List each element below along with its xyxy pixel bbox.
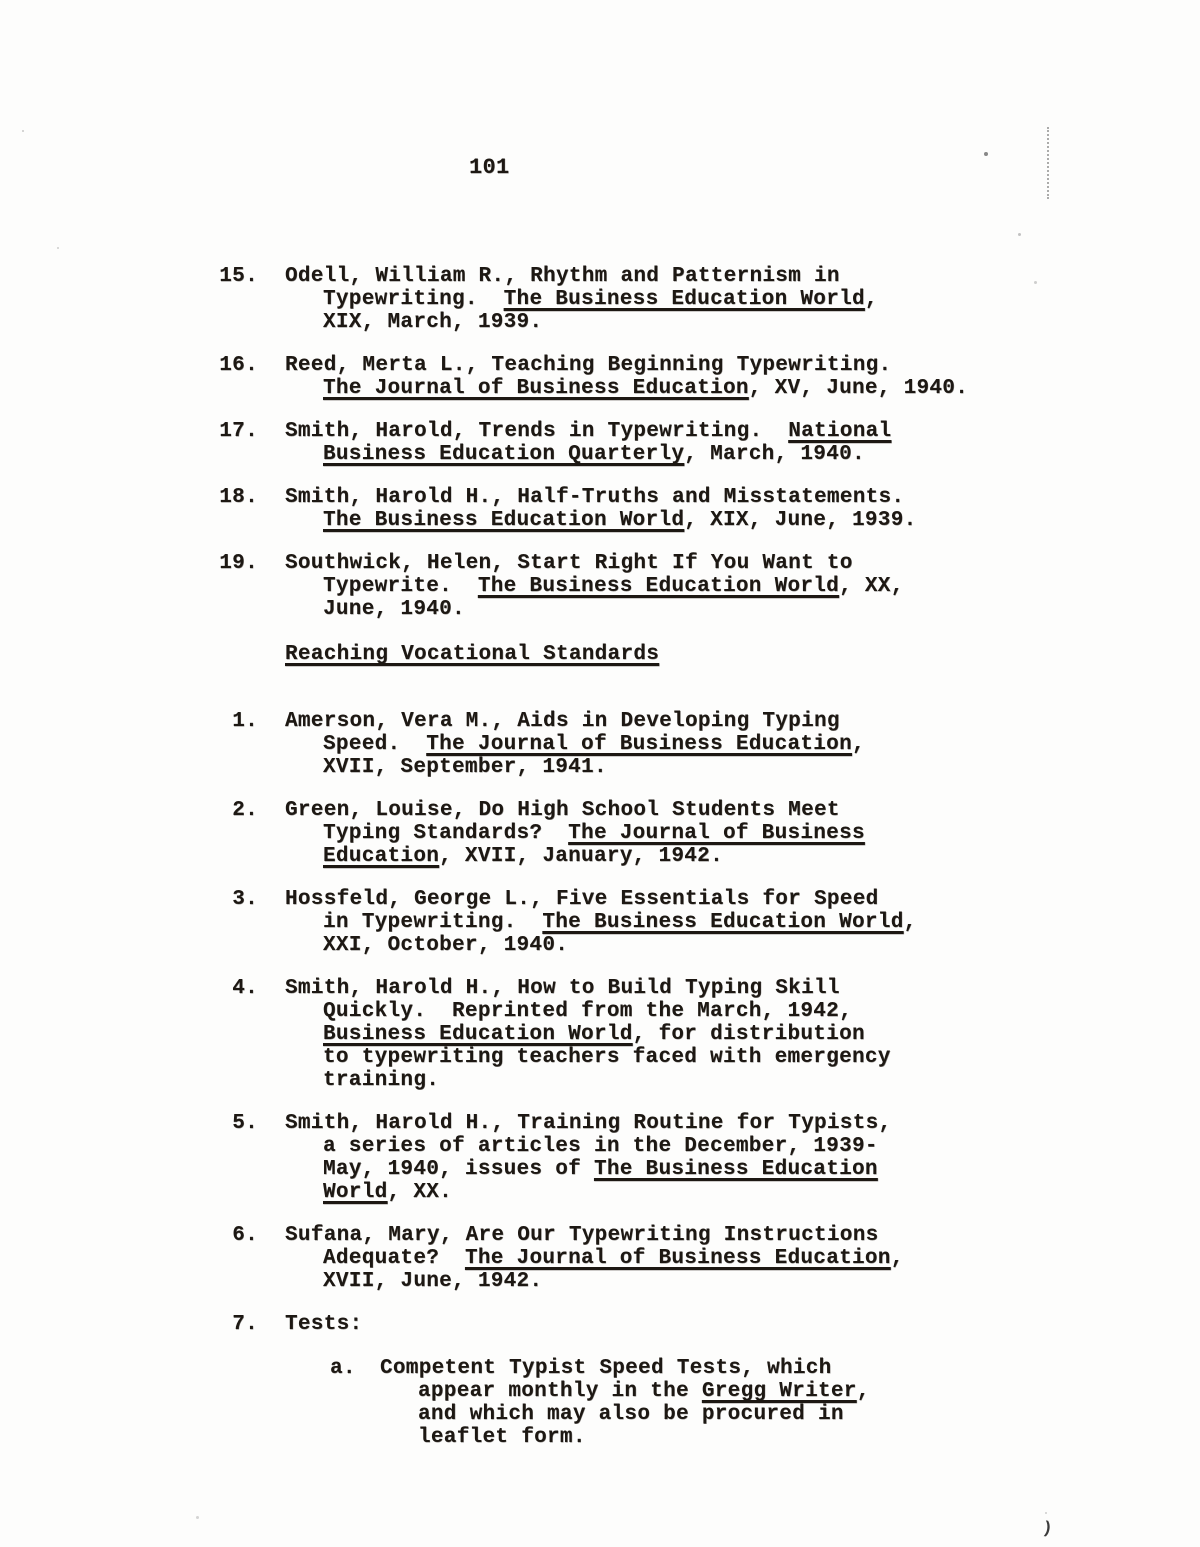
reference-line: Smith, Harold H., How to Build Typing Sk… <box>285 977 891 1000</box>
reference-line: Tests: <box>285 1313 870 1336</box>
reference-number: 2. <box>218 799 258 868</box>
reference-line: Competent Typist Speed Tests, which <box>380 1357 870 1380</box>
scan-artifact-dotted-line <box>1047 127 1049 199</box>
text-run: Sufana, Mary, Are Our Typewriting Instru… <box>285 1224 879 1247</box>
text-run: , XV, June, 1940. <box>749 377 968 400</box>
section-heading: Reaching Vocational Standards <box>285 643 1178 666</box>
reference-item: 17.Smith, Harold, Trends in Typewriting.… <box>218 420 1178 466</box>
reference-item: 1.Amerson, Vera M., Aids in Developing T… <box>218 710 1178 779</box>
reference-number: 17. <box>218 420 258 466</box>
text-run: , March, 1940. <box>684 443 865 466</box>
reference-line: Typing Standards? The Journal of Busines… <box>285 822 865 845</box>
reference-line: Smith, Harold H., Half-Truths and Missta… <box>285 486 917 509</box>
text-run: Adequate? <box>323 1247 465 1270</box>
reference-line: May, 1940, issues of The Business Educat… <box>285 1158 891 1181</box>
text-run: Smith, Harold, Trends in Typewriting. <box>285 420 788 443</box>
scan-artifact-speck <box>22 130 24 132</box>
reference-line: World, XX. <box>285 1181 891 1204</box>
reference-line: Amerson, Vera M., Aids in Developing Typ… <box>285 710 865 733</box>
reference-body: Smith, Harold H., Half-Truths and Missta… <box>285 486 917 532</box>
text-run: , for distribution <box>633 1023 865 1046</box>
text-run: Reed, Merta L., Teaching Beginning Typew… <box>285 354 891 377</box>
scan-artifact-speck <box>984 152 988 156</box>
scan-artifact-speck <box>57 247 59 249</box>
reference-body: Competent Typist Speed Tests, whichappea… <box>380 1357 870 1449</box>
reference-number: 1. <box>218 710 258 779</box>
reference-line: Education, XVII, January, 1942. <box>285 845 865 868</box>
reference-line: Smith, Harold H., Training Routine for T… <box>285 1112 891 1135</box>
reference-line: XIX, March, 1939. <box>285 311 878 334</box>
text-run: , <box>857 1380 870 1403</box>
reference-line: Smith, Harold, Trends in Typewriting. Na… <box>285 420 891 443</box>
journal-title: Business Education World <box>323 1023 633 1046</box>
text-run: Smith, Harold H., How to Build Typing Sk… <box>285 977 840 1000</box>
reference-body: Odell, William R., Rhythm and Patternism… <box>285 265 878 334</box>
text-run: in Typewriting. <box>323 911 542 934</box>
reference-line: June, 1940. <box>285 598 904 621</box>
reference-line: in Typewriting. The Business Education W… <box>285 911 917 934</box>
bibliography-content: 15.Odell, William R., Rhythm and Pattern… <box>218 265 1178 1469</box>
text-run: , XVII, January, 1942. <box>439 845 723 868</box>
reference-body: Smith, Harold H., Training Routine for T… <box>285 1112 891 1204</box>
reference-line: Odell, William R., Rhythm and Patternism… <box>285 265 878 288</box>
text-run: , XX. <box>388 1181 453 1204</box>
text-run: Amerson, Vera M., Aids in Developing Typ… <box>285 710 840 733</box>
reference-line: a series of articles in the December, 19… <box>285 1135 891 1158</box>
journal-title: The Business Education World <box>542 911 903 934</box>
journal-title: Business Education Quarterly <box>323 443 684 466</box>
reference-line: Reed, Merta L., Teaching Beginning Typew… <box>285 354 968 377</box>
text-run: , XX, <box>839 575 904 598</box>
text-run: XXI, October, 1940. <box>323 934 568 957</box>
reference-section-2: Reaching Vocational Standards1.Amerson, … <box>218 643 1178 1449</box>
section-heading-text: Reaching Vocational Standards <box>285 643 659 666</box>
reference-number: 4. <box>218 977 258 1092</box>
reference-line: training. <box>285 1069 891 1092</box>
reference-number: 16. <box>218 354 258 400</box>
reference-line: The Business Education World, XIX, June,… <box>285 509 917 532</box>
reference-line: Typewrite. The Business Education World,… <box>285 575 904 598</box>
reference-line: leaflet form. <box>380 1426 870 1449</box>
text-run: Competent Typist Speed Tests, which <box>380 1357 832 1380</box>
reference-item: 4.Smith, Harold H., How to Build Typing … <box>218 977 1178 1092</box>
text-run: , XIX, June, 1939. <box>684 509 916 532</box>
reference-line: Speed. The Journal of Business Education… <box>285 733 865 756</box>
reference-number: a. <box>330 1357 354 1449</box>
reference-item: 5.Smith, Harold H., Training Routine for… <box>218 1112 1178 1204</box>
reference-body: Smith, Harold H., How to Build Typing Sk… <box>285 977 891 1092</box>
reference-number: 18. <box>218 486 258 532</box>
document-page: 101 ) 15.Odell, William R., Rhythm and P… <box>0 0 1200 1547</box>
reference-subitem: a.Competent Typist Speed Tests, whichapp… <box>330 1357 870 1449</box>
text-run: a series of articles in the December, 19… <box>323 1135 878 1158</box>
journal-title: The Business Education World <box>478 575 839 598</box>
text-run: training. <box>323 1069 439 1092</box>
text-run: XVII, September, 1941. <box>323 756 607 779</box>
reference-line: to typewriting teachers faced with emerg… <box>285 1046 891 1069</box>
reference-line: Business Education Quarterly, March, 194… <box>285 443 891 466</box>
journal-title: The Journal of Business <box>568 822 865 845</box>
reference-item: 15.Odell, William R., Rhythm and Pattern… <box>218 265 1178 334</box>
text-run: June, 1940. <box>323 598 465 621</box>
journal-title: The Journal of Business Education <box>426 733 852 756</box>
reference-line: XXI, October, 1940. <box>285 934 917 957</box>
journal-title: Education <box>323 845 439 868</box>
reference-item: 16.Reed, Merta L., Teaching Beginning Ty… <box>218 354 1178 400</box>
text-run: , <box>865 288 878 311</box>
reference-body: Tests:a.Competent Typist Speed Tests, wh… <box>285 1313 870 1449</box>
reference-section-1: 15.Odell, William R., Rhythm and Pattern… <box>218 265 1178 621</box>
text-run: Hossfeld, George L., Five Essentials for… <box>285 888 879 911</box>
reference-body: Sufana, Mary, Are Our Typewriting Instru… <box>285 1224 904 1293</box>
reference-line: Hossfeld, George L., Five Essentials for… <box>285 888 917 911</box>
text-run: Smith, Harold H., Training Routine for T… <box>285 1112 891 1135</box>
reference-number: 7. <box>218 1313 258 1449</box>
journal-title: The Business Education World <box>504 288 865 311</box>
page-number: 101 <box>469 156 510 179</box>
text-run: appear monthly in the <box>418 1380 702 1403</box>
reference-line: appear monthly in the Gregg Writer, <box>380 1380 870 1403</box>
reference-line: Quickly. Reprinted from the March, 1942, <box>285 1000 891 1023</box>
reference-item: 7.Tests:a.Competent Typist Speed Tests, … <box>218 1313 1178 1449</box>
text-run: , <box>904 911 917 934</box>
text-run: Typing Standards? <box>323 822 568 845</box>
reference-line: Business Education World, for distributi… <box>285 1023 891 1046</box>
reference-line: and which may also be procured in <box>380 1403 870 1426</box>
reference-line: The Journal of Business Education, XV, J… <box>285 377 968 400</box>
reference-line: Typewriting. The Business Education Worl… <box>285 288 878 311</box>
journal-title: The Journal of Business Education <box>323 377 749 400</box>
scan-artifact-speck <box>196 1516 199 1519</box>
text-run: XIX, March, 1939. <box>323 311 542 334</box>
text-run: XVII, June, 1942. <box>323 1270 542 1293</box>
text-run: Smith, Harold H., Half-Truths and Missta… <box>285 486 904 509</box>
reference-number: 5. <box>218 1112 258 1204</box>
text-run: Southwick, Helen, Start Right If You Wan… <box>285 552 853 575</box>
scan-artifact-speck <box>1018 233 1021 236</box>
journal-title: The Journal of Business Education <box>465 1247 891 1270</box>
scan-artifact-speck <box>1045 1512 1047 1514</box>
text-run: and which may also be procured in <box>418 1403 844 1426</box>
text-run: May, 1940, issues of <box>323 1158 594 1181</box>
reference-number: 3. <box>218 888 258 957</box>
reference-line: Adequate? The Journal of Business Educat… <box>285 1247 904 1270</box>
reference-line: Southwick, Helen, Start Right If You Wan… <box>285 552 904 575</box>
text-run: , <box>891 1247 904 1270</box>
reference-body: Smith, Harold, Trends in Typewriting. Na… <box>285 420 891 466</box>
text-run: , <box>852 733 865 756</box>
text-run: Speed. <box>323 733 426 756</box>
reference-number: 15. <box>218 265 258 334</box>
reference-item: 6.Sufana, Mary, Are Our Typewriting Inst… <box>218 1224 1178 1293</box>
journal-title: World <box>323 1181 388 1204</box>
reference-line: XVII, September, 1941. <box>285 756 865 779</box>
journal-title: National <box>788 420 891 443</box>
journal-title: The Business Education World <box>323 509 684 532</box>
text-run: Green, Louise, Do High School Students M… <box>285 799 840 822</box>
reference-line: Sufana, Mary, Are Our Typewriting Instru… <box>285 1224 904 1247</box>
reference-item: 18.Smith, Harold H., Half-Truths and Mis… <box>218 486 1178 532</box>
text-run: Tests: <box>285 1313 362 1336</box>
reference-item: 19.Southwick, Helen, Start Right If You … <box>218 552 1178 621</box>
reference-item: 2.Green, Louise, Do High School Students… <box>218 799 1178 868</box>
reference-line: XVII, June, 1942. <box>285 1270 904 1293</box>
reference-body: Southwick, Helen, Start Right If You Wan… <box>285 552 904 621</box>
text-run: Odell, William R., Rhythm and Patternism… <box>285 265 840 288</box>
reference-body: Reed, Merta L., Teaching Beginning Typew… <box>285 354 968 400</box>
text-run: leaflet form. <box>418 1426 586 1449</box>
reference-body: Green, Louise, Do High School Students M… <box>285 799 865 868</box>
reference-body: Amerson, Vera M., Aids in Developing Typ… <box>285 710 865 779</box>
reference-line: Green, Louise, Do High School Students M… <box>285 799 865 822</box>
text-run: Typewriting. <box>323 288 504 311</box>
reference-body: Hossfeld, George L., Five Essentials for… <box>285 888 917 957</box>
journal-title: Gregg Writer <box>702 1380 857 1403</box>
reference-number: 6. <box>218 1224 258 1293</box>
journal-title: The Business Education <box>594 1158 878 1181</box>
text-run: to typewriting teachers faced with emerg… <box>323 1046 891 1069</box>
scan-artifact-mark: ) <box>1040 1517 1054 1541</box>
reference-item: 3.Hossfeld, George L., Five Essentials f… <box>218 888 1178 957</box>
reference-number: 19. <box>218 552 258 621</box>
text-run: Quickly. Reprinted from the March, 1942, <box>323 1000 852 1023</box>
text-run: Typewrite. <box>323 575 478 598</box>
